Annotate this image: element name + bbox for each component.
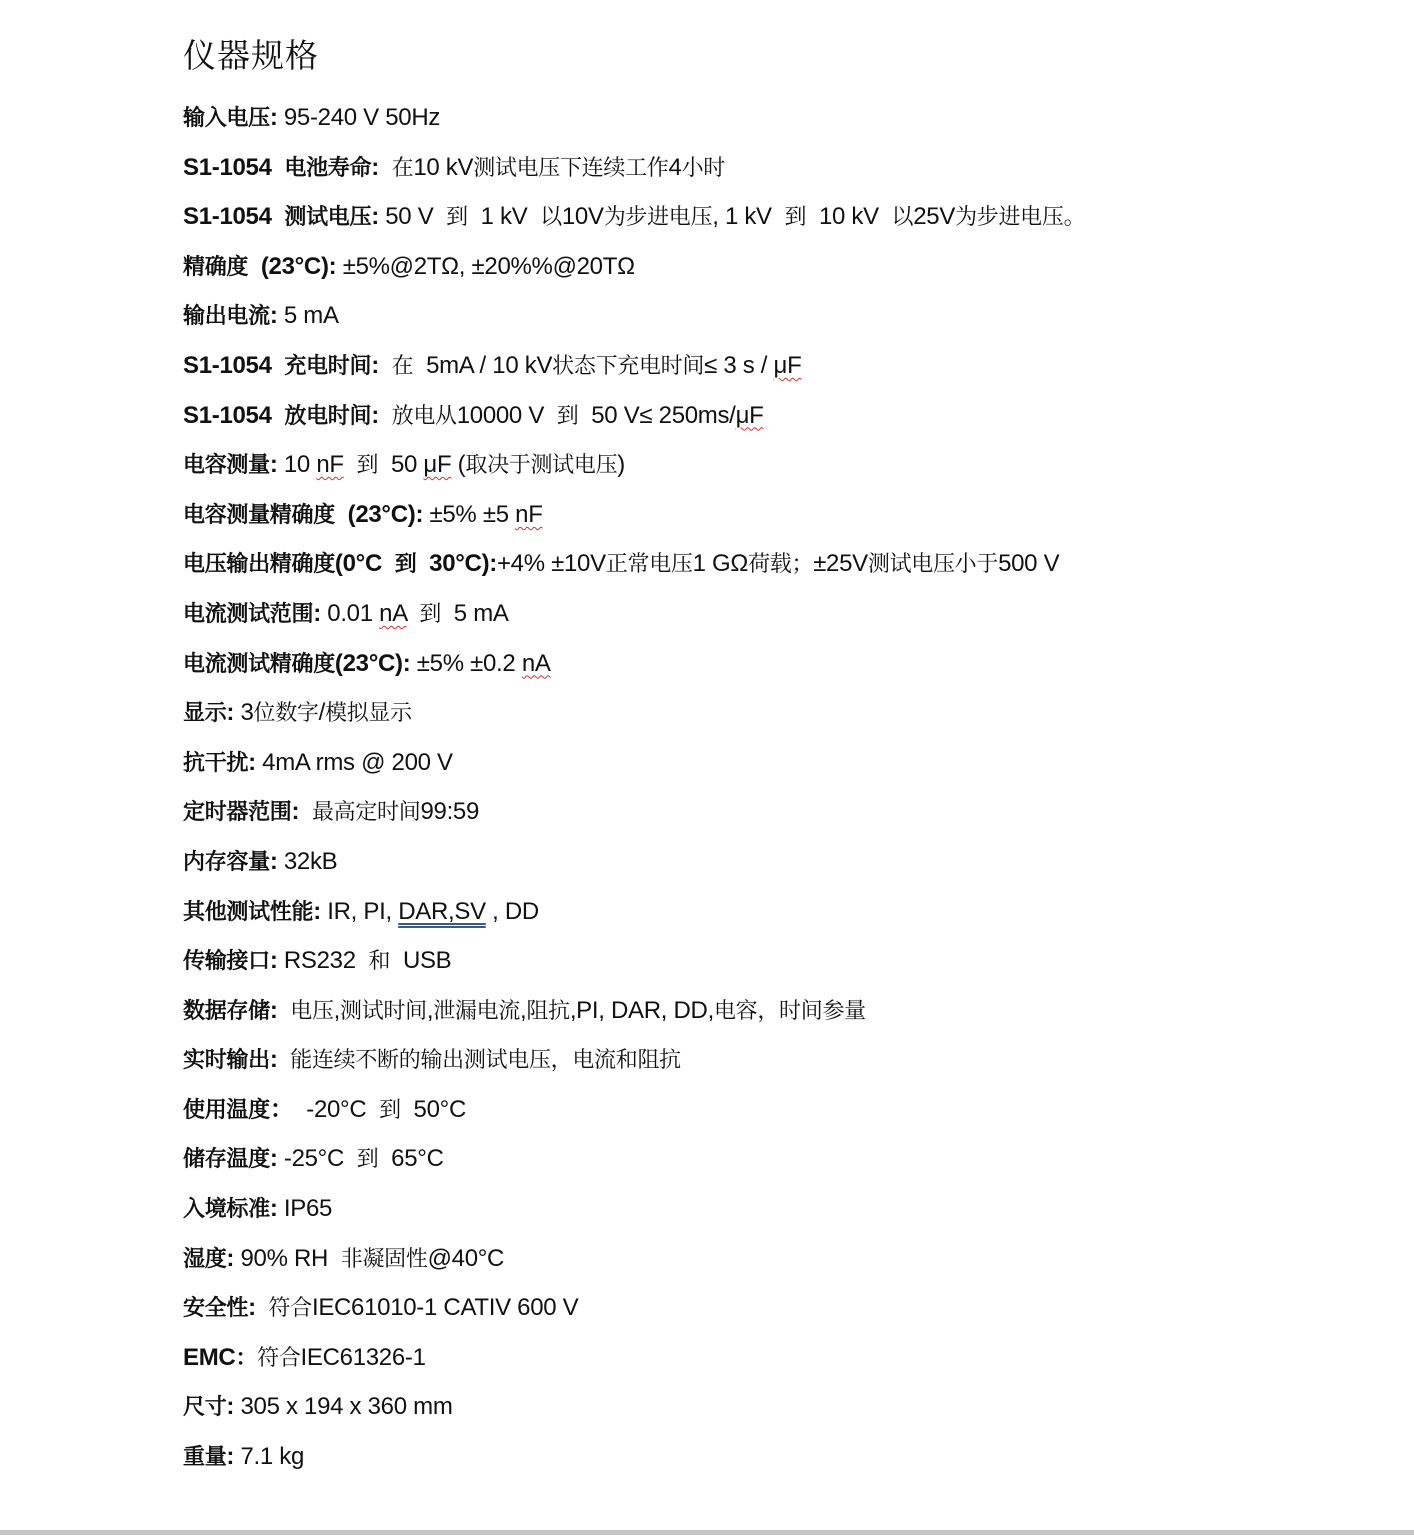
spec-row-6: S1-1054 充电时间: 在 5mA / 10 kV状态下充电时间≤ 3 s … xyxy=(183,346,1383,396)
spec-value: 在 xyxy=(392,354,414,379)
spec-row-18: 传输接口: RS232 和 USB xyxy=(183,941,1383,991)
spec-label: 充电时间 xyxy=(284,353,371,379)
spec-value: μF xyxy=(774,352,802,379)
spec-value xyxy=(407,600,420,627)
spec-label: 电容测量 xyxy=(183,452,270,478)
spec-label: : xyxy=(371,352,391,379)
spec-label: : xyxy=(226,1245,240,1272)
spec-label: : xyxy=(270,1195,284,1222)
spec-label: : xyxy=(270,1046,290,1073)
spec-label: : xyxy=(270,451,284,478)
spec-row-13: 显示: 3位数字/模拟显示 xyxy=(183,693,1383,743)
spec-value: 阻抗 xyxy=(526,999,569,1024)
spec-value: 50°C xyxy=(401,1096,466,1123)
spec-label: S1-1054 xyxy=(183,203,284,230)
spec-value: 1 GΩ xyxy=(693,550,748,577)
spec-value: ±5% ±0.2 xyxy=(417,650,522,677)
spec-value: 到 xyxy=(357,1147,379,1172)
spec-label: (23°C): xyxy=(335,501,430,528)
spec-label: 使用温度 xyxy=(183,1097,270,1123)
spec-row-22: 储存温度: -25°C 到 65°C xyxy=(183,1139,1383,1189)
spec-value: , 1 kV xyxy=(712,203,784,230)
spec-label: S1-1054 xyxy=(183,154,284,181)
spec-value: ±5%@2TΩ, ±20%%@20TΩ xyxy=(343,253,635,280)
spec-value: 在 xyxy=(392,156,414,181)
spec-label: 电压输出精确度 xyxy=(183,551,335,577)
spec-value: 10 kV xyxy=(413,154,473,181)
spec-value: 以 xyxy=(892,205,914,230)
spec-value: 正常电压 xyxy=(606,552,693,577)
spec-value: 到 xyxy=(419,602,441,627)
spec-label: 传输接口 xyxy=(183,948,270,974)
document-page: 仪器规格 输入电压: 95-240 V 50HzS1-1054 电池寿命: 在1… xyxy=(0,0,1414,1530)
spec-value xyxy=(344,451,357,478)
spec-value: nA xyxy=(522,650,551,677)
spec-label: : xyxy=(226,699,240,726)
spec-value: 3 xyxy=(240,699,253,726)
spec-value: 4 xyxy=(669,154,682,181)
spec-row-27: 尺寸: 305 x 194 x 360 mm xyxy=(183,1387,1383,1437)
spec-label: : xyxy=(270,1145,284,1172)
spec-row-3: S1-1054 测试电压: 50 V 到 1 kV 以10V为步进电压, 1 k… xyxy=(183,197,1383,247)
spec-value: 非凝固性 xyxy=(341,1247,428,1272)
spec-row-17: 其他测试性能: IR, PI, DAR,SV , DD xyxy=(183,892,1383,942)
spec-label: 安全性 xyxy=(183,1295,248,1321)
spec-value: 99:59 xyxy=(420,798,479,825)
spec-value: ±25V xyxy=(813,550,868,577)
spec-value: 25V xyxy=(913,203,955,230)
spec-row-1: 输入电压: 95-240 V 50Hz xyxy=(183,98,1383,148)
spec-label: : xyxy=(270,848,284,875)
spec-label: 电流测试范围 xyxy=(183,601,313,627)
spec-row-26: EMC：符合IEC61326-1 xyxy=(183,1338,1383,1388)
spec-value: 和 xyxy=(369,949,391,974)
spec-label: S1-1054 xyxy=(183,402,284,429)
spec-value: 0.01 xyxy=(327,600,379,627)
spec-label: : xyxy=(270,302,284,329)
spec-row-11: 电流测试范围: 0.01 nA 到 5 mA xyxy=(183,594,1383,644)
spec-label: (23°C): xyxy=(335,650,417,677)
spec-value: 最高定时间 xyxy=(312,800,421,825)
spec-value: 4mA rms @ 200 V xyxy=(262,749,453,776)
spec-label: : xyxy=(248,1294,268,1321)
spec-label: : xyxy=(270,104,284,131)
spec-label: : xyxy=(371,402,391,429)
spec-row-23: 入境标准: IP65 xyxy=(183,1189,1383,1239)
spec-label: ： xyxy=(270,1096,306,1123)
spec-label: 重量 xyxy=(183,1444,226,1470)
spec-value: 5mA / 10 kV xyxy=(413,352,552,379)
spec-row-4: 精确度 (23°C): ±5%@2TΩ, ±20%%@20TΩ xyxy=(183,247,1383,297)
spec-row-28: 重量: 7.1 kg xyxy=(183,1437,1383,1487)
spec-label: 其他测试性能 xyxy=(183,899,313,925)
spec-value: 50 V xyxy=(385,203,446,230)
spec-value: 32kB xyxy=(284,848,338,875)
spec-value: 50 xyxy=(378,451,423,478)
spec-value: -25°C xyxy=(284,1145,357,1172)
spec-list: 输入电压: 95-240 V 50HzS1-1054 电池寿命: 在10 kV测… xyxy=(183,98,1383,1487)
spec-label: : xyxy=(270,997,290,1024)
spec-label: 实时输出 xyxy=(183,1047,270,1073)
spec-row-16: 内存容量: 32kB xyxy=(183,842,1383,892)
spec-value: 位数字 xyxy=(254,701,319,726)
spec-label: : xyxy=(226,1443,240,1470)
spec-value: IEC61010-1 CATIV 600 V xyxy=(312,1294,578,1321)
spec-value: IEC61326-1 xyxy=(301,1344,426,1371)
spec-value: 10V xyxy=(562,203,604,230)
spec-value: IR, PI, xyxy=(327,898,398,925)
spec-value: 小时 xyxy=(682,156,725,181)
spec-value: RS232 xyxy=(284,947,369,974)
spec-value: ( xyxy=(451,451,465,478)
spec-value: 测试电压下连续工作 xyxy=(473,156,668,181)
spec-value: DAR,SV xyxy=(398,898,486,925)
spec-value: 取决于测试电压 xyxy=(465,453,617,478)
spec-label: 湿度 xyxy=(183,1246,226,1272)
spec-value: ,PI, DAR, DD, xyxy=(570,997,714,1024)
spec-value: nA xyxy=(379,600,406,627)
spec-label: : xyxy=(248,749,262,776)
spec-row-15: 定时器范围: 最高定时间99:59 xyxy=(183,792,1383,842)
spec-value: 能连续不断的输出测试电压，电流和阻抗 xyxy=(290,1048,681,1073)
spec-label: 电容测量精确度 xyxy=(183,502,335,528)
spec-label: 电流测试精确度 xyxy=(183,651,335,677)
spec-label: : xyxy=(371,203,385,230)
spec-value: USB xyxy=(390,947,451,974)
spec-value: +4% ±10V xyxy=(497,550,606,577)
spec-label: : xyxy=(292,798,312,825)
spec-value: 65°C xyxy=(378,1145,443,1172)
spec-label: 显示 xyxy=(183,700,226,726)
spec-value: 电压 xyxy=(290,999,333,1024)
spec-value: 10000 V xyxy=(457,402,557,429)
spec-value: 为步进电压 xyxy=(604,205,713,230)
spec-value: 荷载； xyxy=(748,552,813,577)
spec-value: -20°C xyxy=(306,1096,379,1123)
spec-label: : xyxy=(313,898,327,925)
page-bottom-border xyxy=(0,1530,1414,1535)
spec-value: nF xyxy=(316,451,343,478)
spec-value: 符合 xyxy=(269,1296,312,1321)
spec-label: 电池寿命 xyxy=(284,155,371,181)
spec-label: EMC xyxy=(183,1344,235,1371)
spec-label: 30°C): xyxy=(416,550,497,577)
spec-label: 输入电压 xyxy=(183,105,270,131)
page-title: 仪器规格 xyxy=(183,34,319,78)
spec-label: (0°C xyxy=(335,550,395,577)
spec-value: 50 V≤ 250ms/ xyxy=(579,402,736,429)
spec-row-2: S1-1054 电池寿命: 在10 kV测试电压下连续工作4小时 xyxy=(183,148,1383,198)
spec-label: 尺寸 xyxy=(183,1394,226,1420)
spec-value: 10 kV xyxy=(806,203,891,230)
spec-label: 精确度 xyxy=(183,254,248,280)
spec-label: 内存容量 xyxy=(183,849,270,875)
spec-label: S1-1054 xyxy=(183,352,284,379)
spec-row-10: 电压输出精确度(0°C 到 30°C):+4% ±10V正常电压1 GΩ荷载；±… xyxy=(183,544,1383,594)
spec-row-21: 使用温度： -20°C 到 50°C xyxy=(183,1090,1383,1140)
spec-label: ： xyxy=(235,1345,257,1371)
spec-label: 储存温度 xyxy=(183,1146,270,1172)
spec-label: 到 xyxy=(395,551,417,577)
spec-value: 7.1 kg xyxy=(240,1443,304,1470)
spec-label: 放电时间 xyxy=(284,403,371,429)
spec-label: (23°C): xyxy=(248,253,343,280)
spec-value: IP65 xyxy=(284,1195,332,1222)
spec-label: 数据存储 xyxy=(183,998,270,1024)
spec-value: 95-240 V 50Hz xyxy=(284,104,440,131)
spec-value: 泄漏电流 xyxy=(433,999,520,1024)
spec-label: : xyxy=(313,600,327,627)
spec-row-19: 数据存储: 电压,测试时间,泄漏电流,阻抗,PI, DAR, DD,电容，时间参… xyxy=(183,991,1383,1041)
spec-label: 测试电压 xyxy=(284,204,371,230)
spec-row-12: 电流测试精确度(23°C): ±5% ±0.2 nA xyxy=(183,644,1383,694)
spec-value: @40°C xyxy=(428,1245,505,1272)
spec-row-9: 电容测量精确度 (23°C): ±5% ±5 nF xyxy=(183,495,1383,545)
spec-value: 模拟显示 xyxy=(325,701,412,726)
spec-value: 以 xyxy=(540,205,562,230)
spec-value: , DD xyxy=(486,898,539,925)
spec-label: 入境标准 xyxy=(183,1196,270,1222)
spec-row-5: 输出电流: 5 mA xyxy=(183,296,1383,346)
spec-value: 到 xyxy=(785,205,807,230)
spec-value: μF xyxy=(423,451,451,478)
spec-value: ±5% ±5 xyxy=(430,501,516,528)
spec-row-7: S1-1054 放电时间: 放电从10000 V 到 50 V≤ 250ms/μ… xyxy=(183,396,1383,446)
spec-value: 5 mA xyxy=(441,600,509,627)
spec-label: 定时器范围 xyxy=(183,799,292,825)
spec-label: : xyxy=(371,154,391,181)
spec-label: 输出电流 xyxy=(183,303,270,329)
spec-value: 5 mA xyxy=(284,302,339,329)
spec-value: 电容，时间参量 xyxy=(714,999,866,1024)
spec-value: 到 xyxy=(446,205,468,230)
spec-value: 90% RH xyxy=(240,1245,340,1272)
spec-value: 到 xyxy=(357,453,379,478)
spec-value: 测试时间 xyxy=(340,999,427,1024)
spec-row-20: 实时输出: 能连续不断的输出测试电压，电流和阻抗 xyxy=(183,1040,1383,1090)
spec-value: ≤ 3 s / xyxy=(704,352,773,379)
spec-value: 放电从 xyxy=(392,404,457,429)
spec-row-25: 安全性: 符合IEC61010-1 CATIV 600 V xyxy=(183,1288,1383,1338)
spec-value: 符合 xyxy=(257,1346,300,1371)
spec-row-24: 湿度: 90% RH 非凝固性@40°C xyxy=(183,1239,1383,1289)
spec-value: 状态下充电时间 xyxy=(552,354,704,379)
spec-label: : xyxy=(226,1393,240,1420)
spec-value: ) xyxy=(617,451,625,478)
spec-value: 测试电压小于 xyxy=(868,552,998,577)
spec-label: : xyxy=(270,947,284,974)
spec-value: μF xyxy=(736,402,764,429)
spec-value: 10 xyxy=(284,451,316,478)
spec-row-8: 电容测量: 10 nF 到 50 μF (取决于测试电压) xyxy=(183,445,1383,495)
spec-value: nF xyxy=(515,501,542,528)
spec-value: 到 xyxy=(557,404,579,429)
spec-value: 500 V xyxy=(998,550,1059,577)
spec-value: 为步进电压。 xyxy=(955,205,1085,230)
spec-value: 1 kV xyxy=(468,203,540,230)
spec-value: 到 xyxy=(379,1098,401,1123)
spec-label: 抗干扰 xyxy=(183,750,248,776)
spec-row-14: 抗干扰: 4mA rms @ 200 V xyxy=(183,743,1383,793)
spec-value: 305 x 194 x 360 mm xyxy=(240,1393,452,1420)
